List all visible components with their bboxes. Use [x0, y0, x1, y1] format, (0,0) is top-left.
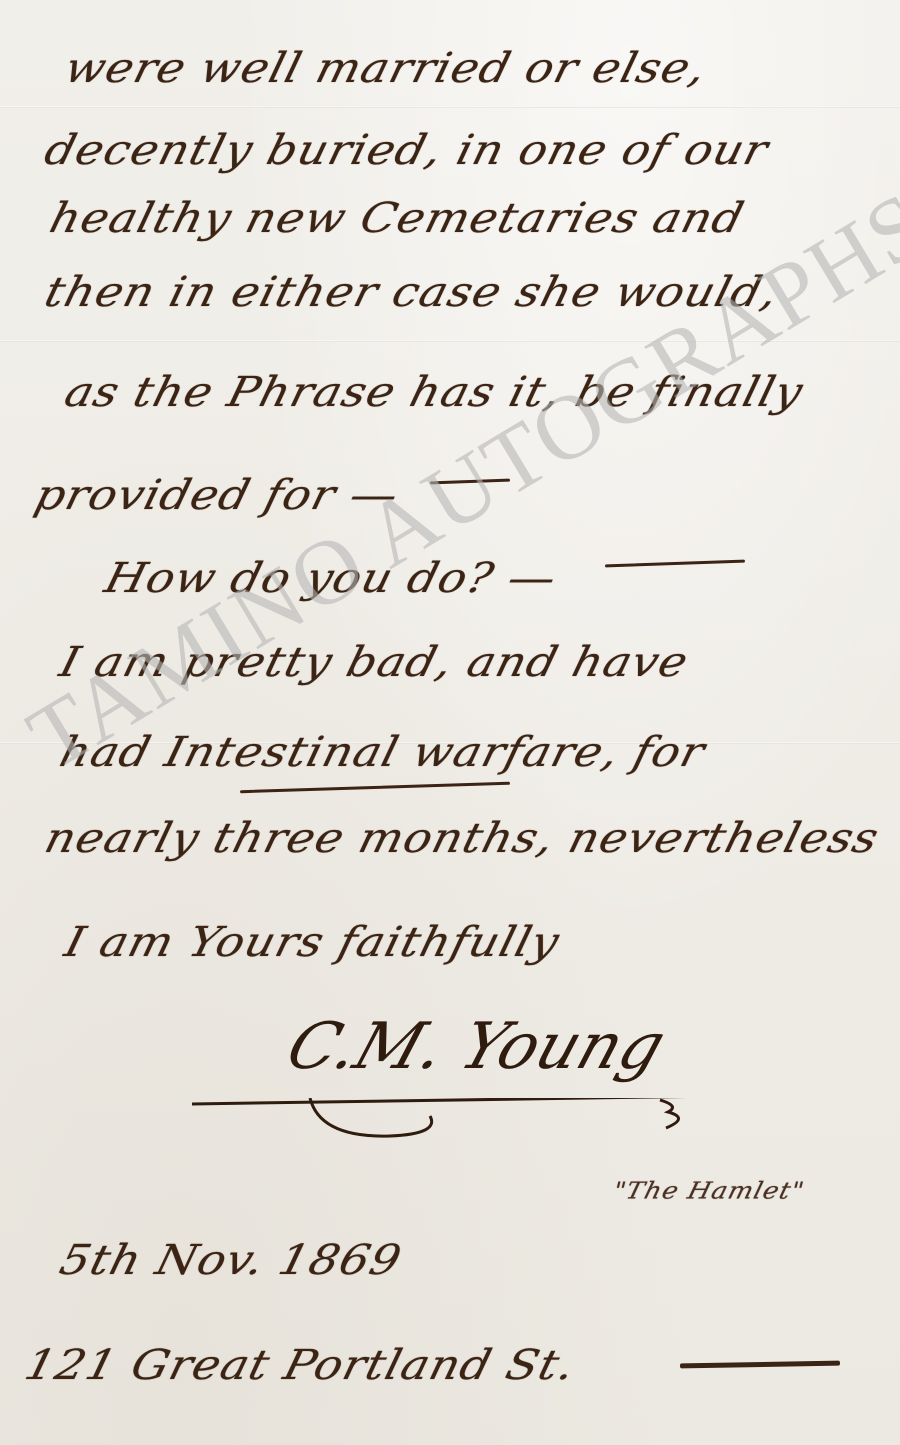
letter-address: 121 Great Portland St. [20, 1340, 581, 1389]
paper-fold-line [0, 106, 900, 108]
annotation-the-hamlet: "The Hamlet" [610, 1178, 807, 1205]
letter-line-11: I am Yours faithfully [60, 917, 565, 966]
letter-line-3: healthy new Cemetaries and [45, 193, 749, 242]
signature: C.M. Young [278, 1010, 674, 1084]
address-dash [680, 1361, 840, 1369]
letter-date: 5th Nov. 1869 [55, 1235, 407, 1284]
closing-dash [605, 560, 745, 568]
underline-intestinal [240, 782, 510, 793]
letter-page: were well married or else, decently buri… [0, 0, 900, 1445]
letter-line-2: decently buried, in one of our [40, 125, 774, 174]
letter-line-10: nearly three months, nevertheless [40, 813, 884, 862]
letter-line-1: were well married or else, [60, 43, 712, 92]
signature-flourish [190, 1098, 730, 1138]
